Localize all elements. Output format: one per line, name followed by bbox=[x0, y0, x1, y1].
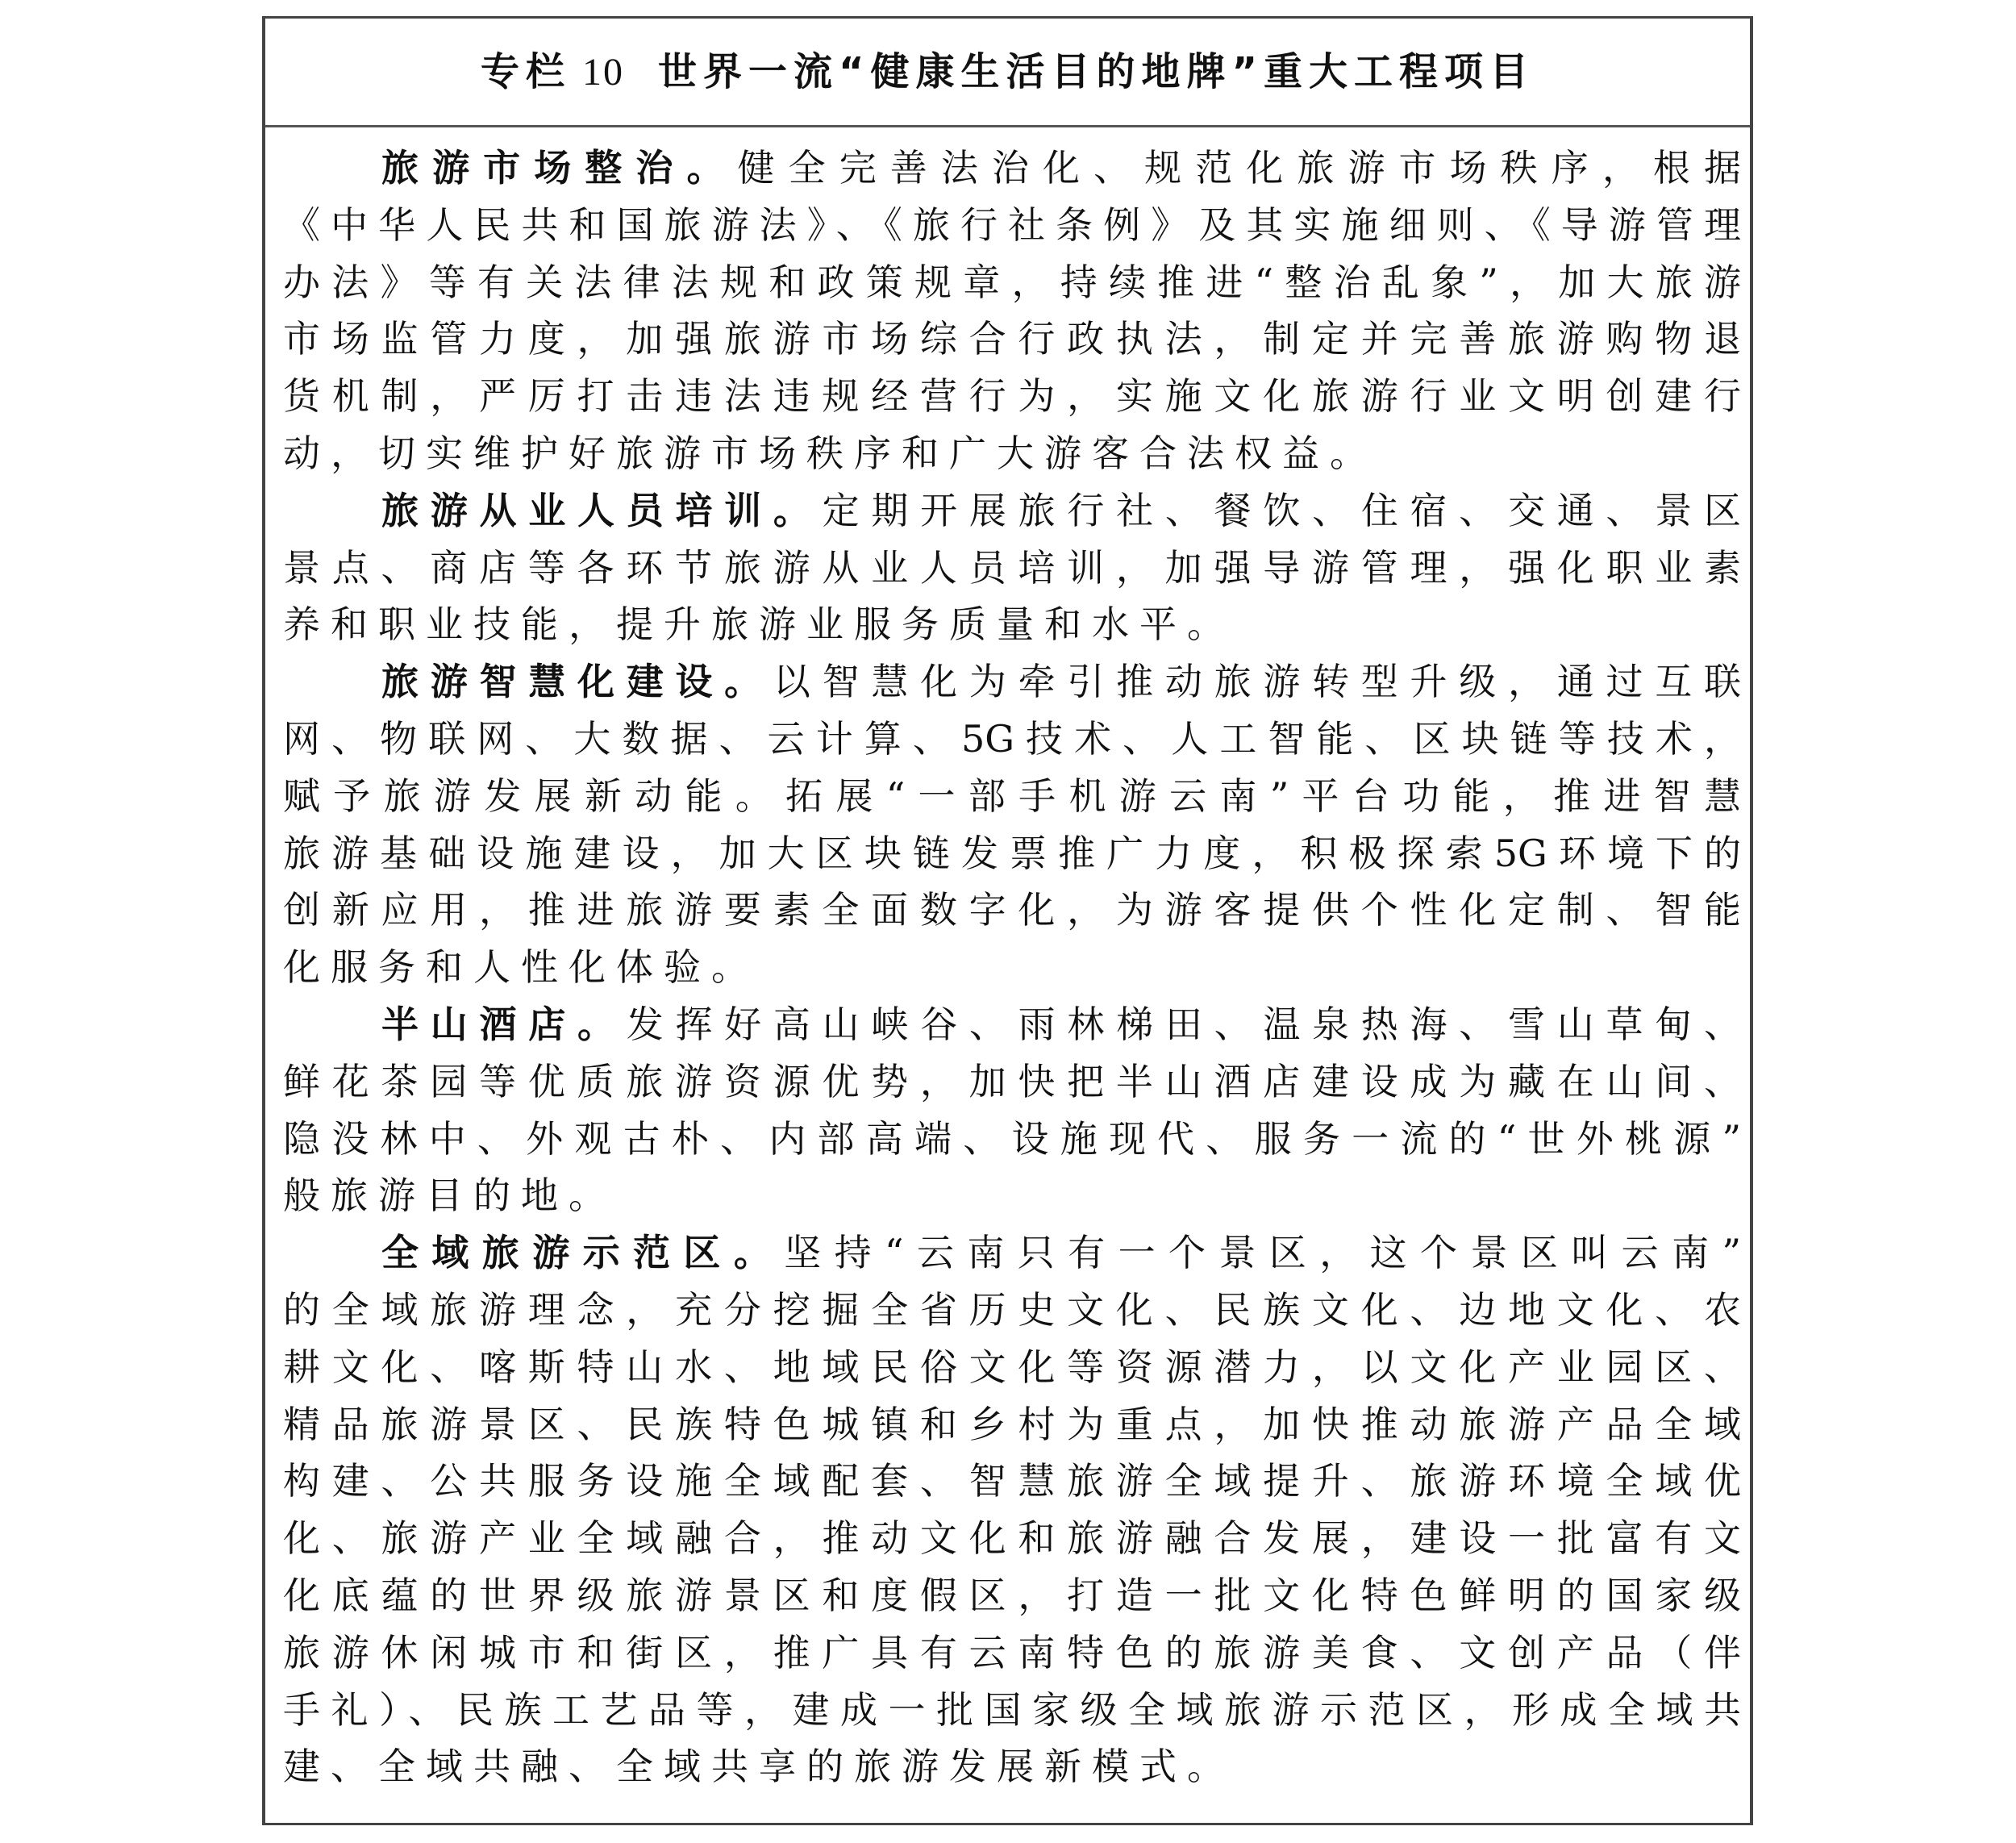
column-title-text: 世界一流“健康生活目的地牌”重大工程项目 bbox=[658, 49, 1535, 94]
paragraph-line: 化、旅游产业全域融合，推动文化和旅游融合发展，建设一批富有文 bbox=[283, 1510, 1741, 1567]
paragraph-line: 化服务和人性化体验。 bbox=[283, 939, 1741, 996]
section-heading: 旅游市场整治。 bbox=[381, 146, 738, 190]
paragraph-line: 《中华人民共和国旅游法》、《旅行社条例》及其实施细则、《导游管理 bbox=[283, 197, 1741, 254]
section-heading: 半山酒店。 bbox=[381, 1003, 627, 1046]
section-staff-training: 旅游从业人员培训。定期开展旅行社、餐饮、住宿、交通、景区 景点、商店等各环节旅游… bbox=[283, 482, 1741, 653]
paragraph-line: 景点、商店等各环节旅游从业人员培训，加强导游管理，强化职业素 bbox=[283, 540, 1741, 597]
paragraph-line: 般旅游目的地。 bbox=[283, 1167, 1741, 1224]
section-heading: 全域旅游示范区。 bbox=[381, 1231, 784, 1274]
section-smart-tourism: 旅游智慧化建设。以智慧化为牵引推动旅游转型升级，通过互联 网、物联网、大数据、云… bbox=[283, 653, 1741, 996]
paragraph-line: 旅游休闲城市和街区，推广具有云南特色的旅游美食、文创产品（伴 bbox=[283, 1624, 1741, 1682]
paragraph-line: 半山酒店。发挥好高山峡谷、雨林梯田、温泉热海、雪山草甸、 bbox=[283, 996, 1741, 1053]
paragraph-line: 隐没林中、外观古朴、内部高端、设施现代、服务一流的“世外桃源” bbox=[283, 1111, 1741, 1168]
paragraph-line: 赋予旅游发展新动能。拓展“一部手机游云南”平台功能，推进智慧 bbox=[283, 768, 1741, 825]
paragraph-line: 货机制，严厉打击违法违规经营行为，实施文化旅游行业文明创建行 bbox=[283, 368, 1741, 425]
paragraph-line: 办法》等有关法律法规和政策规章，持续推进“整治乱象”，加大旅游 bbox=[283, 254, 1741, 311]
section-market-regulation: 旅游市场整治。健全完善法治化、规范化旅游市场秩序，根据 《中华人民共和国旅游法》… bbox=[283, 140, 1741, 482]
paragraph-line: 养和职业技能，提升旅游业服务质量和水平。 bbox=[283, 596, 1741, 653]
column-title: 专栏 10 世界一流“健康生活目的地牌”重大工程项目 bbox=[481, 52, 1535, 92]
paragraph-line: 市场监管力度，加强旅游市场综合行政执法，制定并完善旅游购物退 bbox=[283, 311, 1741, 368]
paragraph-line: 旅游基础设施建设，加大区块链发票推广力度，积极探索5G环境下的 bbox=[283, 825, 1741, 882]
paragraph-line: 化底蕴的世界级旅游景区和度假区，打造一批文化特色鲜明的国家级 bbox=[283, 1567, 1741, 1624]
paragraph-line: 全域旅游示范区。坚持“云南只有一个景区，这个景区叫云南” bbox=[283, 1224, 1741, 1282]
section-heading: 旅游从业人员培训。 bbox=[381, 489, 823, 532]
paragraph-line: 的全域旅游理念，充分挖掘全省历史文化、民族文化、边地文化、农 bbox=[283, 1282, 1741, 1339]
paragraph-line: 精品旅游景区、民族特色城镇和乡村为重点，加快推动旅游产品全域 bbox=[283, 1396, 1741, 1453]
section-mountain-hotels: 半山酒店。发挥好高山峡谷、雨林梯田、温泉热海、雪山草甸、 鲜花茶园等优质旅游资源… bbox=[283, 996, 1741, 1224]
paragraph-line: 构建、公共服务设施全域配套、智慧旅游全域提升、旅游环境全域优 bbox=[283, 1453, 1741, 1510]
feature-column-box: 专栏 10 世界一流“健康生活目的地牌”重大工程项目 旅游市场整治。健全完善法治… bbox=[262, 16, 1753, 1825]
column-header: 专栏 10 世界一流“健康生活目的地牌”重大工程项目 bbox=[265, 19, 1750, 127]
paragraph-line: 旅游市场整治。健全完善法治化、规范化旅游市场秩序，根据 bbox=[283, 140, 1741, 197]
paragraph-line: 动，切实维护好旅游市场秩序和广大游客合法权益。 bbox=[283, 425, 1741, 482]
paragraph-line: 创新应用，推进旅游要素全面数字化，为游客提供个性化定制、智能 bbox=[283, 882, 1741, 939]
paragraph-line: 鲜花茶园等优质旅游资源优势，加快把半山酒店建设成为藏在山间、 bbox=[283, 1053, 1741, 1111]
column-label: 专栏 bbox=[481, 49, 571, 94]
paragraph-line: 旅游智慧化建设。以智慧化为牵引推动旅游转型升级，通过互联 bbox=[283, 653, 1741, 711]
section-heading: 旅游智慧化建设。 bbox=[381, 660, 773, 703]
column-number: 10 bbox=[571, 51, 658, 94]
paragraph-line: 网、物联网、大数据、云计算、5G技术、人工智能、区块链等技术， bbox=[283, 711, 1741, 768]
paragraph-line: 耕文化、喀斯特山水、地域民俗文化等资源潜力，以文化产业园区、 bbox=[283, 1339, 1741, 1396]
section-all-for-one-tourism: 全域旅游示范区。坚持“云南只有一个景区，这个景区叫云南” 的全域旅游理念，充分挖… bbox=[283, 1224, 1741, 1795]
paragraph-line: 建、全域共融、全域共享的旅游发展新模式。 bbox=[283, 1738, 1741, 1795]
paragraph-line: 手礼）、民族工艺品等，建成一批国家级全域旅游示范区，形成全域共 bbox=[283, 1682, 1741, 1739]
paragraph-line: 旅游从业人员培训。定期开展旅行社、餐饮、住宿、交通、景区 bbox=[283, 482, 1741, 540]
column-body: 旅游市场整治。健全完善法治化、规范化旅游市场秩序，根据 《中华人民共和国旅游法》… bbox=[283, 140, 1741, 1795]
